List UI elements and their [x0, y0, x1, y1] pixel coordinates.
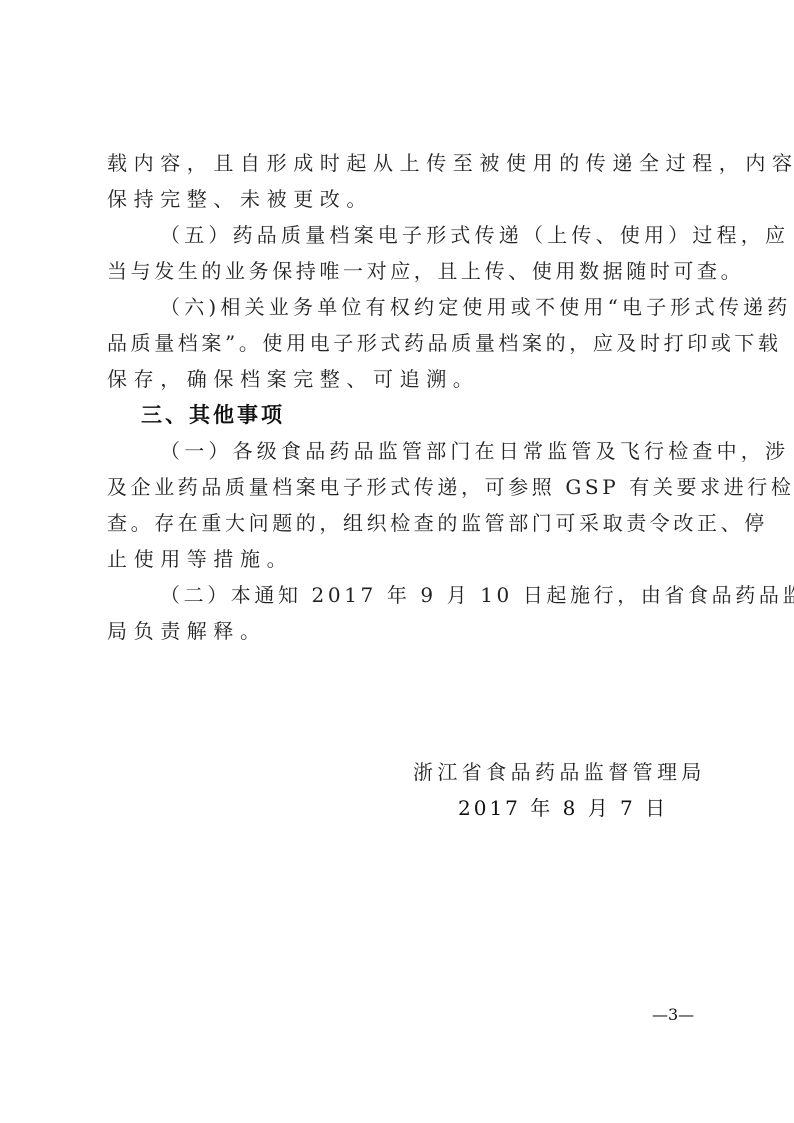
text-line: 局负责解释。 — [107, 616, 699, 652]
text-line: 及企业药品质量档案电子形式传递，可参照 GSP 有关要求进行检 — [107, 472, 699, 508]
page-number: —3— — [652, 1004, 694, 1026]
paragraph-five-line: （五）药品质量档案电子形式传递（上传、使用）过程，应 — [107, 220, 699, 256]
paragraph-six-line: （六)相关业务单位有权约定使用或不使用“电子形式传递药 — [107, 292, 699, 328]
document-page: 载内容，且自形成时起从上传至被使用的传递全过程，内容必须 保持完整、未被更改。 … — [0, 0, 794, 1123]
issue-date: 2017 年 8 月 7 日 — [458, 793, 668, 823]
issuer-signature: 浙江省食品药品监督管理局 — [413, 757, 706, 787]
text-line: 保持完整、未被更改。 — [107, 184, 699, 220]
item-two-line: （二）本通知 2017 年 9 月 10 日起施行，由省食品药品监管 — [107, 580, 699, 616]
text-line: 保存，确保档案完整、可追溯。 — [107, 364, 699, 400]
document-body: 载内容，且自形成时起从上传至被使用的传递全过程，内容必须 保持完整、未被更改。 … — [107, 148, 699, 652]
text-line: 载内容，且自形成时起从上传至被使用的传递全过程，内容必须 — [107, 148, 699, 184]
text-line: 查。存在重大问题的，组织检查的监管部门可采取责令改正、停 — [107, 508, 699, 544]
text-line: 止使用等措施。 — [107, 544, 699, 580]
item-one-line: （一）各级食品药品监管部门在日常监管及飞行检查中，涉 — [107, 436, 699, 472]
text-line: 品质量档案”。使用电子形式药品质量档案的，应及时打印或下载 — [107, 328, 699, 364]
section-heading: 三、其他事项 — [107, 400, 699, 436]
text-line: 当与发生的业务保持唯一对应，且上传、使用数据随时可查。 — [107, 256, 699, 292]
